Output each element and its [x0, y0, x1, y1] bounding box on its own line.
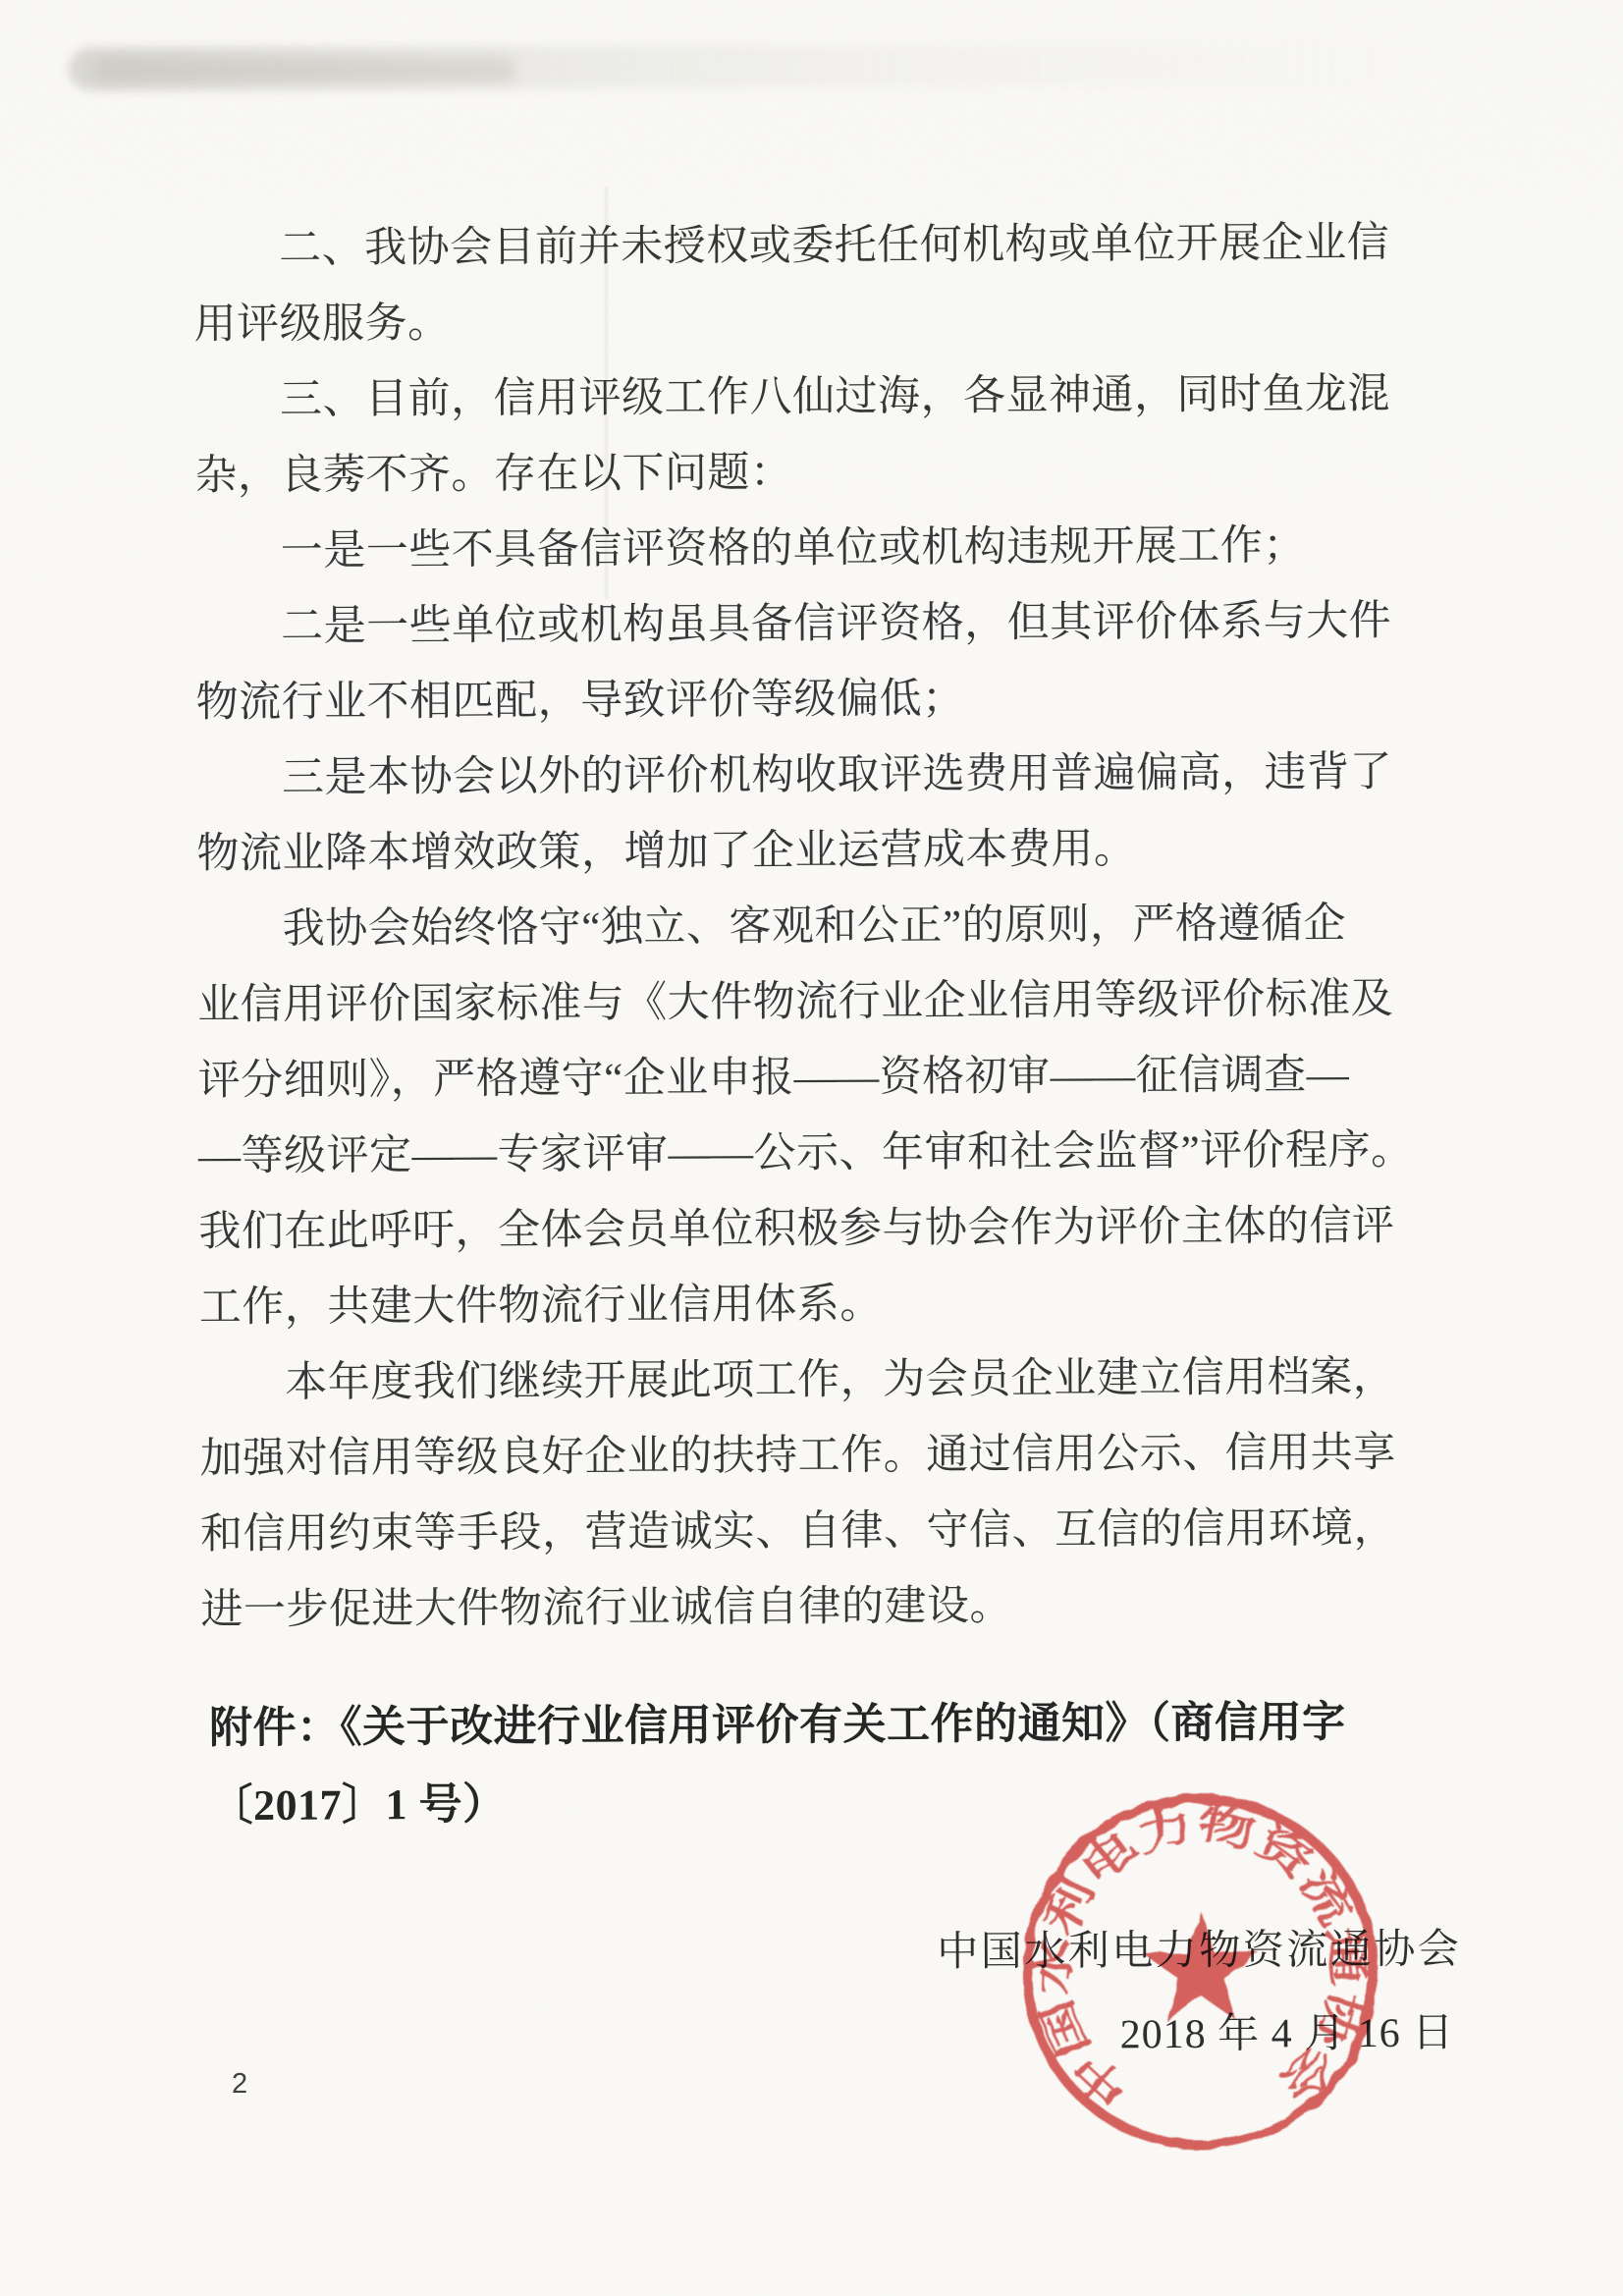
text-line: 本年度我们继续开展此项工作，为会员企业建立信用档案，: [199, 1339, 1505, 1421]
text-line: 我们在此呼吁，全体会员单位积极参与协会作为评价主体的信评: [198, 1187, 1504, 1270]
text-line: 杂，良莠不齐。存在以下问题：: [194, 431, 1500, 514]
body-text: 二、我协会目前并未授权或委托任何机构或单位开展企业信用评级服务。三、目前，信用评…: [193, 204, 1507, 1648]
attachment-note: 附件：《关于改进行业信用评价有关工作的通知》（商信用字〔2017〕1 号）: [209, 1682, 1516, 1844]
text-line: 二是一些单位或机构虽具备信评资格，但其评价体系与大件: [195, 582, 1501, 665]
text-line: 三是本协会以外的评价机构收取评选费用普遍偏高，违背了: [196, 734, 1502, 816]
text-line: 一是一些不具备信评资格的单位或机构违规开展工作；: [195, 507, 1501, 589]
signature-org: 中国水利电力物资流通协会: [937, 1917, 1461, 1979]
text-line: 进一步促进大件物流行业诚信自律的建设。: [200, 1565, 1506, 1648]
page-number: 2: [232, 2068, 247, 2101]
text-line: 用评级服务。: [193, 280, 1499, 362]
text-line: 工作，共建大件物流行业信用体系。: [199, 1263, 1505, 1345]
document-sheet: 二、我协会目前并未授权或委托任何机构或单位开展企业信用评级服务。三、目前，信用评…: [0, 0, 1623, 2296]
text-line: 三、目前，信用评级工作八仙过海，各显神通，同时鱼龙混: [194, 355, 1500, 438]
text-line: 附件：《关于改进行业信用评价有关工作的通知》（商信用字: [209, 1682, 1515, 1767]
text-line: 业信用评价国家标准与《大件物流行业企业信用等级评价标准及: [197, 960, 1503, 1043]
text-line: 物流业降本增效政策，增加了企业运营成本费用。: [196, 809, 1502, 892]
text-line: 评分细则》，严格遵守“企业申报——资格初审——征信调查—: [197, 1036, 1503, 1119]
text-line: 加强对信用等级良好企业的扶持工作。通过信用公示、信用共享: [199, 1414, 1505, 1497]
signature-date: 2018 年 4 月 16 日: [1120, 2000, 1455, 2061]
text-line: —等级评定——专家评审——公示、年审和社会监督”评价程序。: [198, 1112, 1504, 1194]
text-line: 〔2017〕1 号）: [209, 1760, 1515, 1844]
text-line: 物流行业不相匹配，导致评价等级偏低；: [195, 658, 1501, 740]
text-line: 和信用约束等手段，营造诚实、自律、守信、互信的信用环境，: [200, 1490, 1506, 1572]
scanned-document-page: 二、我协会目前并未授权或委托任何机构或单位开展企业信用评级服务。三、目前，信用评…: [0, 0, 1623, 2296]
text-line: 二、我协会目前并未授权或委托任何机构或单位开展企业信: [193, 204, 1499, 287]
text-line: 我协会始终恪守“独立、客观和公正”的原则，严格遵循企: [197, 885, 1503, 967]
